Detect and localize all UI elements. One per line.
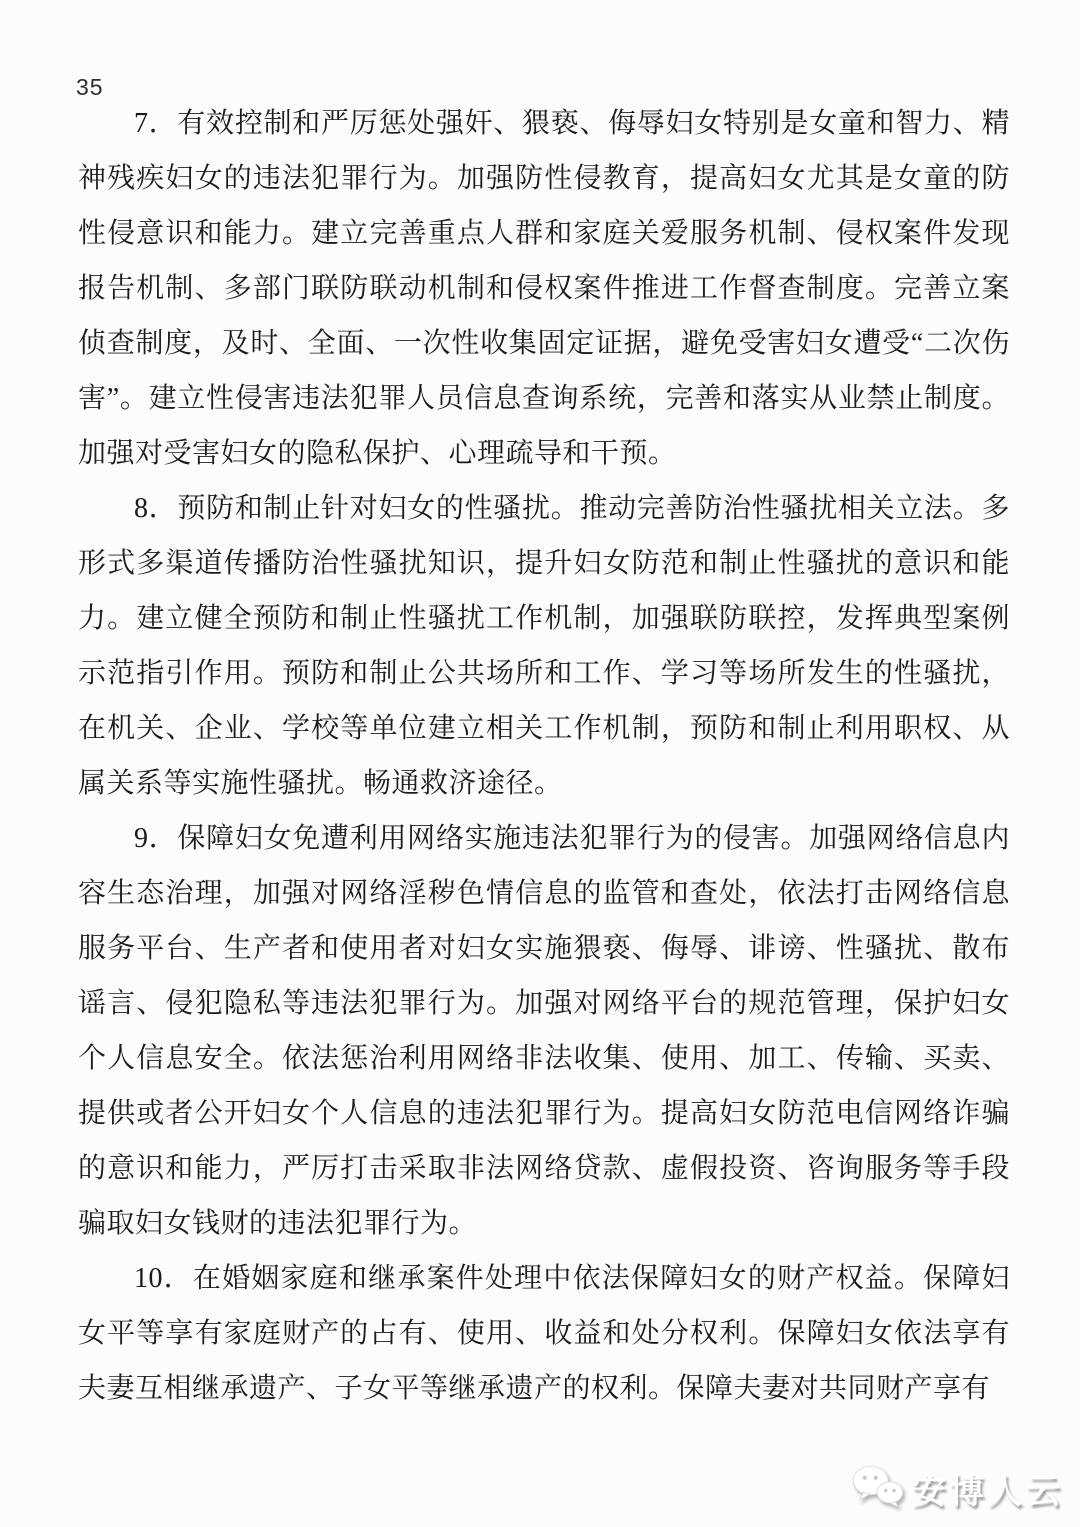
watermark: 安博人云 xyxy=(852,1464,1064,1513)
paragraph-10: 10．在婚姻家庭和继承案件处理中依法保障妇女的财产权益。保障妇女平等享有家庭财产… xyxy=(78,1251,1010,1416)
paragraph-7: 7．有效控制和严厉惩处强奸、猥亵、侮辱妇女特别是女童和智力、精神残疾妇女的违法犯… xyxy=(78,96,1010,481)
paragraph-9: 9．保障妇女免遭利用网络实施违法犯罪行为的侵害。加强网络信息内容生态治理，加强对… xyxy=(78,811,1010,1251)
paragraph-8: 8．预防和制止针对妇女的性骚扰。推动完善防治性骚扰相关立法。多形式多渠道传播防治… xyxy=(78,481,1010,811)
wechat-icon xyxy=(852,1464,904,1513)
document-page: 35 7．有效控制和严厉惩处强奸、猥亵、侮辱妇女特别是女童和智力、精神残疾妇女的… xyxy=(0,0,1080,1527)
document-body: 7．有效控制和严厉惩处强奸、猥亵、侮辱妇女特别是女童和智力、精神残疾妇女的违法犯… xyxy=(78,96,1010,1416)
watermark-label: 安博人云 xyxy=(912,1464,1064,1513)
